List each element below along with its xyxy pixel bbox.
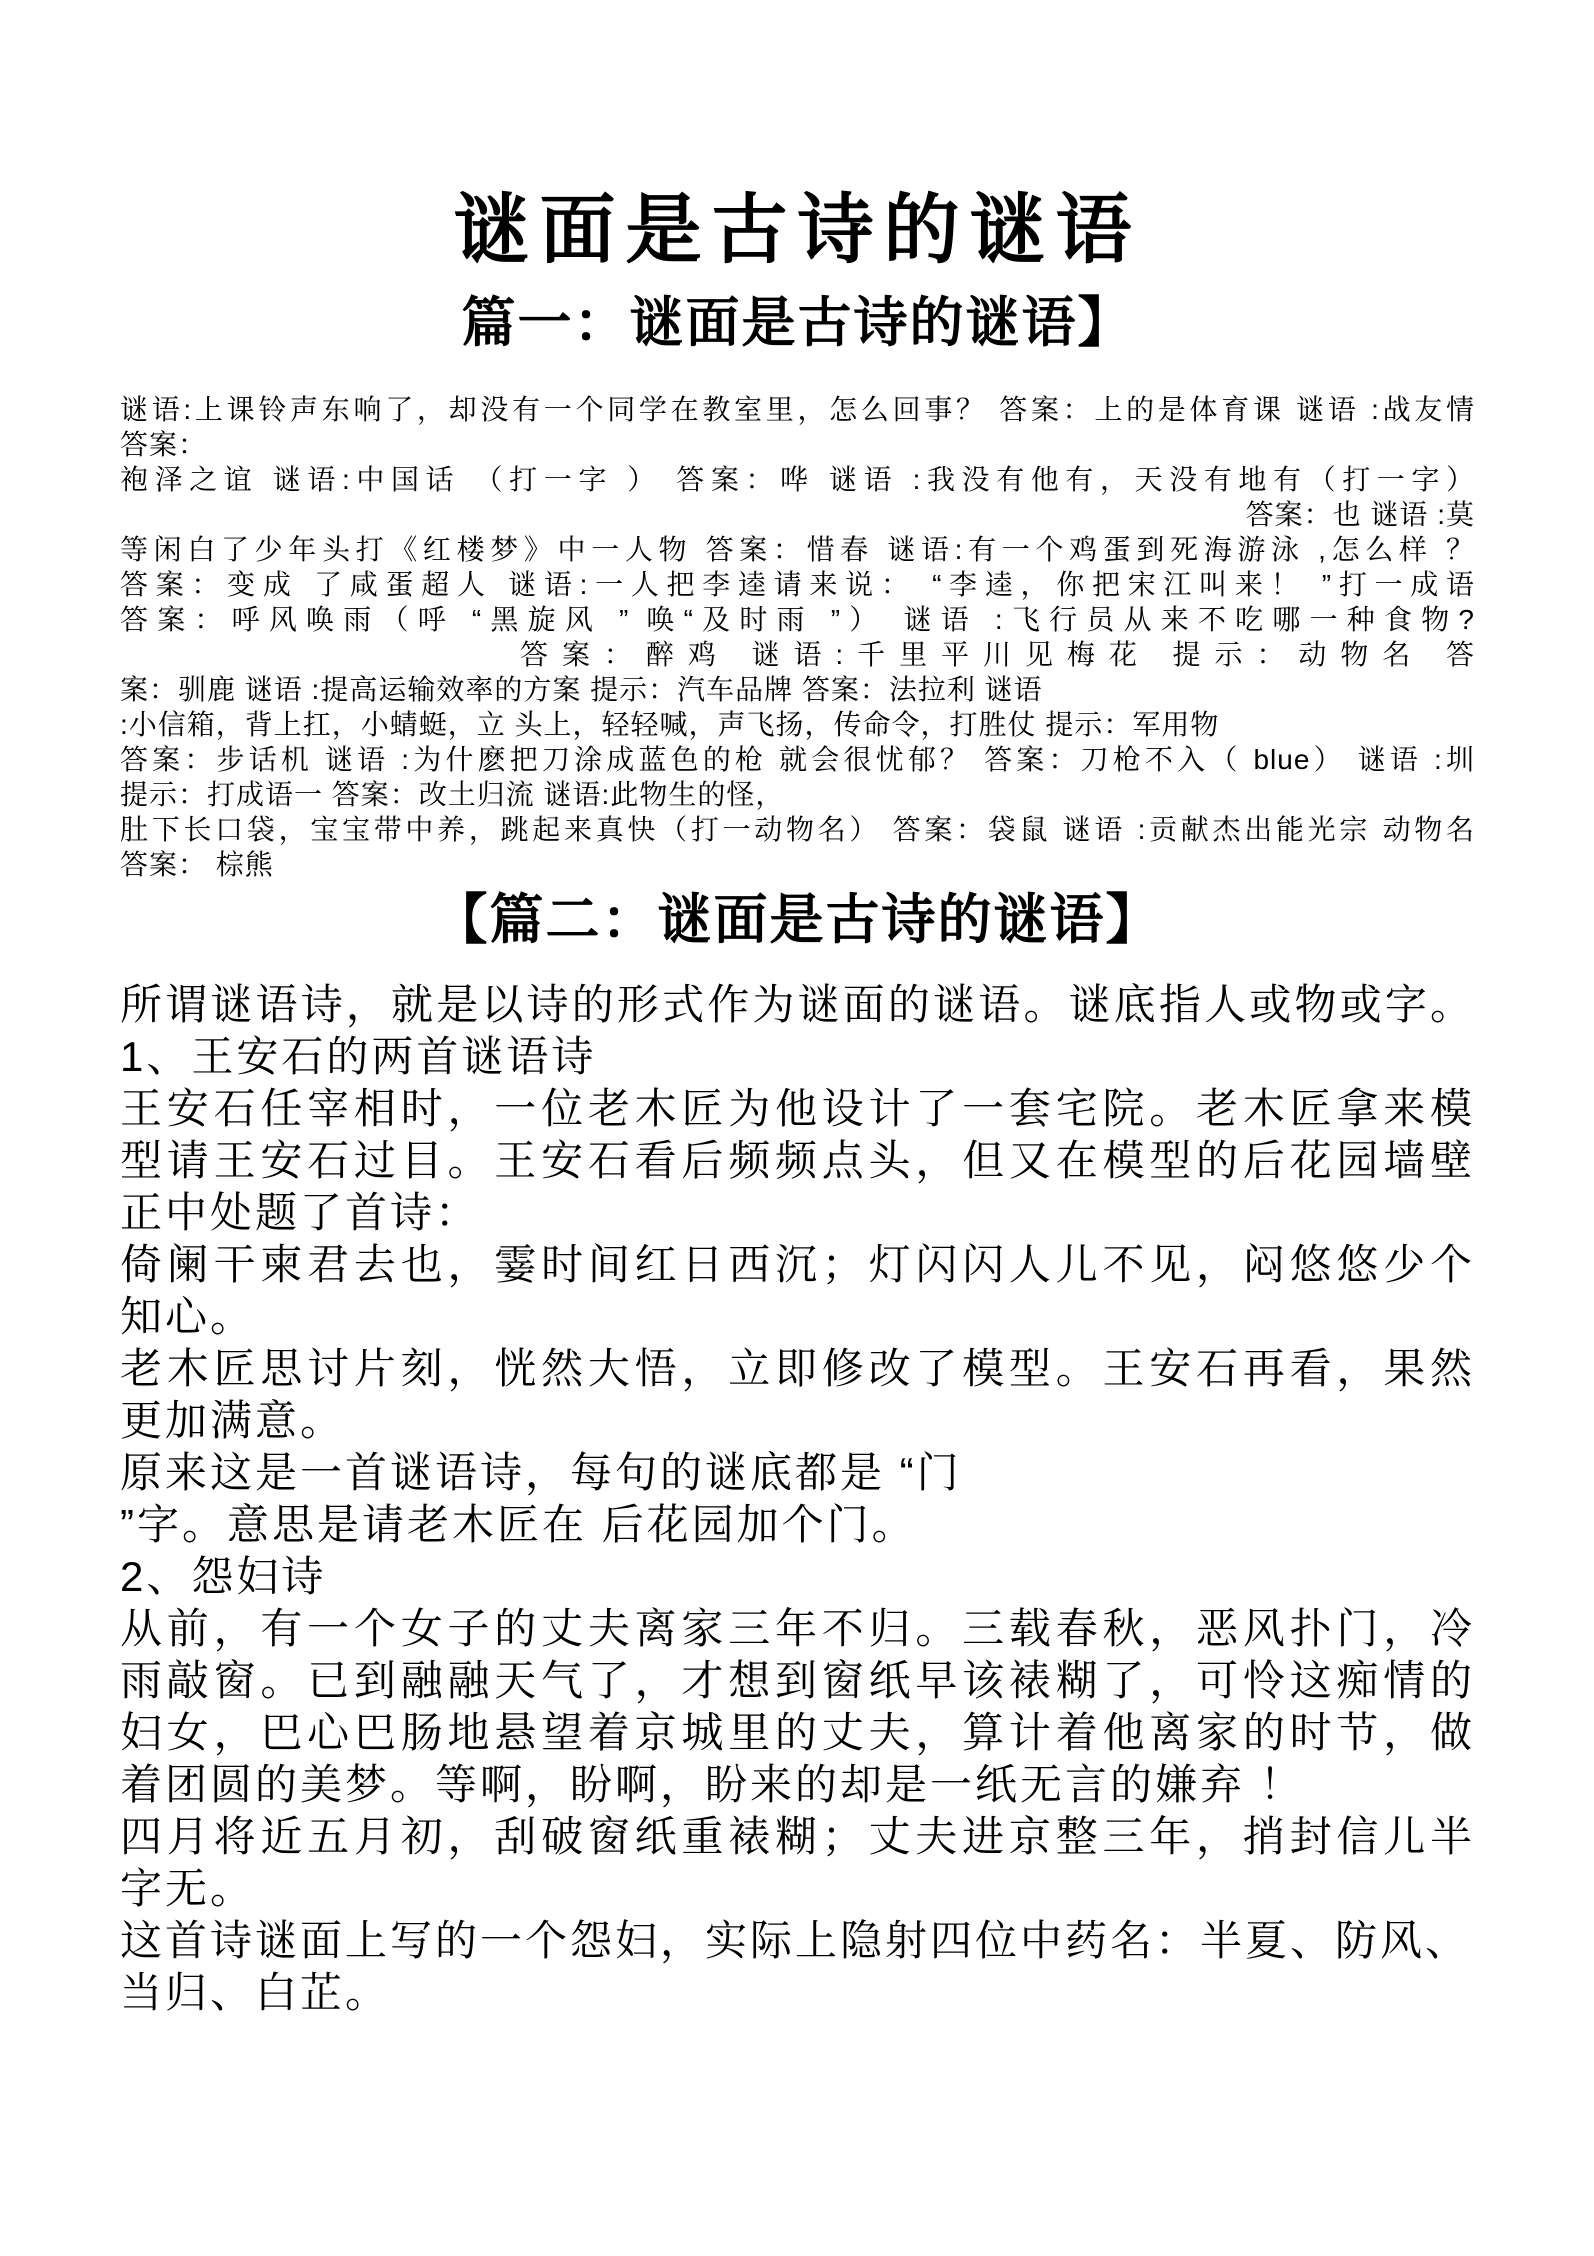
body-line: 原来这是一首谜语诗，每句的谜底都是 “门 bbox=[120, 1447, 1475, 1499]
body-line: 倚阑干柬君去也，霎时间红日西沉；灯闪闪人儿不见，闷悠悠少个 bbox=[120, 1239, 1475, 1291]
section-one-heading: 篇一：谜面是古诗的谜语】 bbox=[120, 291, 1475, 356]
riddle-line: 袍泽之谊 谜语:中国话 （打一字 ） 答案：哗 谜语 :我没有他有，天没有地有（… bbox=[120, 462, 1475, 497]
riddle-line: 提示：打成语一 答案：改土归流 谜语:此物生的怪， bbox=[120, 777, 1475, 812]
riddle-line: 等闲白了少年头打《红楼梦》中一人物 答案：惜春 谜语:有一个鸡蛋到死海游泳 ,怎… bbox=[120, 532, 1475, 567]
page-content: 谜面是古诗的谜语 篇一：谜面是古诗的谜语】 谜语:上课铃声东响了，却没有一个同学… bbox=[0, 0, 1594, 2019]
body-line: 妇女，巴心巴肠地悬望着京城里的丈夫，算计着他离家的时节，做 bbox=[120, 1707, 1475, 1759]
riddle-line: :小信箱，背上扛，小蜻蜓，立 头上，轻轻喊，声飞扬，传命令，打胜仗 提示：军用物 bbox=[120, 707, 1475, 742]
body-line: 从前，有一个女子的丈夫离家三年不归。三载春秋，恶风扑门，冷 bbox=[120, 1603, 1475, 1655]
document-page: 谜面是古诗的谜语 篇一：谜面是古诗的谜语】 谜语:上课铃声东响了，却没有一个同学… bbox=[0, 0, 1594, 2256]
body-line: 所谓谜语诗，就是以诗的形式作为谜面的谜语。谜底指人或物或字。 bbox=[120, 979, 1475, 1031]
body-line: 型请王安石过目。王安石看后频频点头，但又在模型的后花园墙壁 bbox=[120, 1135, 1475, 1187]
riddle-line: 答案： 棕熊 bbox=[120, 847, 1475, 882]
body-line: 知心。 bbox=[120, 1291, 1475, 1343]
body-line: 雨敲窗。已到融融天气了，才想到窗纸早该裱糊了，可怜这痴情的 bbox=[120, 1655, 1475, 1707]
body-line: 更加满意。 bbox=[120, 1395, 1475, 1447]
body-line: ”字。意思是请老木匠在 后花园加个门。 bbox=[120, 1499, 1475, 1551]
body-line: 2、怨妇诗 bbox=[120, 1551, 1475, 1603]
riddle-line: 答案：变成 了咸蛋超人 谜语:一人把李逵请来说： “李逵，你把宋江叫来！ ”打一… bbox=[120, 567, 1475, 602]
body-line: 王安石任宰相时，一位老木匠为他设计了一套宅院。老木匠拿来模 bbox=[120, 1083, 1475, 1135]
body-line: 着团圆的美梦。等啊，盼啊，盼来的却是一纸无言的嫌弃 ！ bbox=[120, 1759, 1475, 1811]
riddle-line: 谜语:上课铃声东响了，却没有一个同学在教室里，怎么回事？ 答案：上的是体育课 谜… bbox=[120, 392, 1475, 427]
document-title: 谜面是古诗的谜语 bbox=[120, 185, 1475, 276]
body-line: 当归、白芷。 bbox=[120, 1967, 1475, 2019]
riddle-line: 案：驯鹿 谜语 :提高运输效率的方案 提示：汽车品牌 答案：法拉利 谜语 bbox=[120, 672, 1475, 707]
body-line: 这首诗谜面上写的一个怨妇，实际上隐射四位中药名：半夏、防风、 bbox=[120, 1915, 1475, 1967]
section-two-heading: 【篇二：谜面是古诗的谜语】 bbox=[120, 888, 1475, 953]
riddle-paragraph: 谜语:上课铃声东响了，却没有一个同学在教室里，怎么回事？ 答案：上的是体育课 谜… bbox=[120, 392, 1475, 882]
body-line: 字无。 bbox=[120, 1863, 1475, 1915]
riddle-line: 答案：呼风唤雨（呼 “黑旋风 ” 唤“及时雨 ”） 谜语 :飞行员从来不吃哪一种… bbox=[120, 602, 1475, 637]
riddle-line: 答案：醉鸡 谜语:千里平川见梅花 提示：动物名 答 bbox=[120, 637, 1475, 672]
riddle-line: 答案：也 谜语 :莫 bbox=[120, 497, 1475, 532]
riddle-line: 答案：步话机 谜语 :为什麽把刀涂成蓝色的枪 就会很忧郁？ 答案：刀枪不入（ b… bbox=[120, 742, 1475, 777]
body-text: 所谓谜语诗，就是以诗的形式作为谜面的谜语。谜底指人或物或字。 1、王安石的两首谜… bbox=[120, 979, 1475, 2019]
body-line: 正中处题了首诗： bbox=[120, 1187, 1475, 1239]
riddle-line: 肚下长口袋，宝宝带中养，跳起来真快（打一动物名） 答案：袋鼠 谜语 :贡献杰出能… bbox=[120, 812, 1475, 847]
body-line: 四月将近五月初，刮破窗纸重裱糊；丈夫进京整三年，捎封信儿半 bbox=[120, 1811, 1475, 1863]
riddle-line: 答案： bbox=[120, 427, 1475, 462]
body-line: 1、王安石的两首谜语诗 bbox=[120, 1031, 1475, 1083]
body-line: 老木匠思讨片刻，恍然大悟，立即修改了模型。王安石再看，果然 bbox=[120, 1343, 1475, 1395]
